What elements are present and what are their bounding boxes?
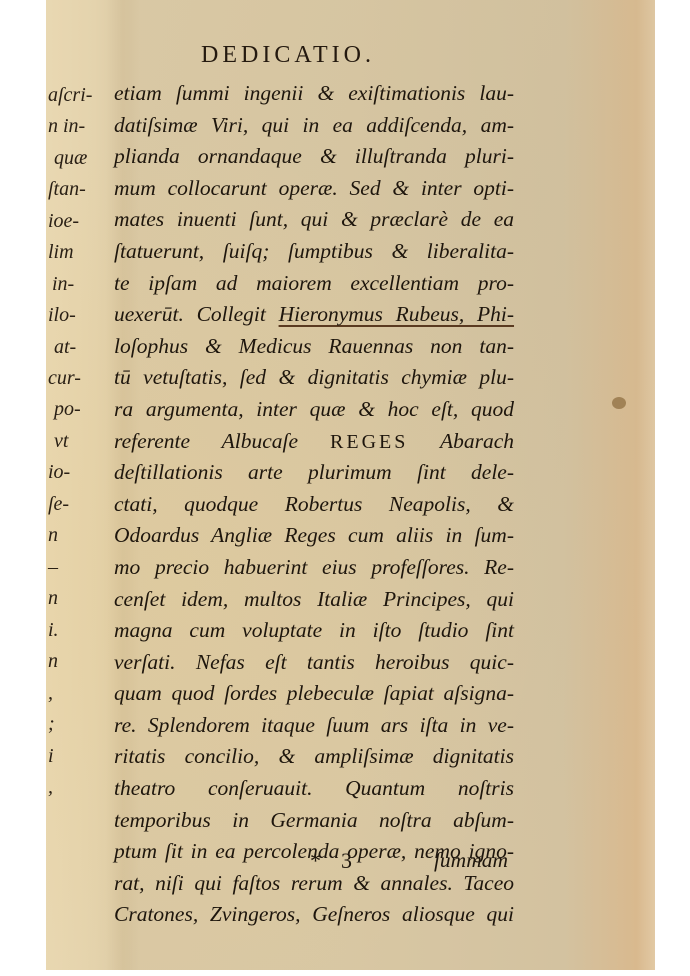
facing-fragment: ; <box>48 713 55 736</box>
page-footer: *3 ſummam <box>114 848 514 880</box>
facing-fragment: n <box>48 650 58 673</box>
body-text: etiam ſummi ingenii & exiſtimationis lau… <box>114 78 514 931</box>
small-caps-word: REGES <box>330 431 408 453</box>
text-line: magna cum voluptate in iſto ſtudio ſint <box>114 615 514 647</box>
facing-fragment: ſtan- <box>48 178 86 201</box>
text-segment: Abarach <box>408 429 514 453</box>
text-line: verſati. Nefas eſt tantis heroibus quic- <box>114 647 514 679</box>
signature-mark: *3 <box>310 848 372 874</box>
text-line: etiam ſummi ingenii & exiſtimationis lau… <box>114 78 514 110</box>
facing-fragment: , <box>48 776 53 799</box>
facing-fragment: n in- <box>48 115 85 138</box>
facing-fragment: – <box>48 556 58 579</box>
facing-fragment: ioe- <box>48 210 79 233</box>
facing-fragment: , <box>48 682 53 705</box>
text-line: re. Splendorem itaque ſuum ars iſta in v… <box>114 710 514 742</box>
text-line: cenſet idem, multos Italiæ Principes, qu… <box>114 584 514 616</box>
facing-fragment: at- <box>54 336 76 359</box>
facing-fragment: quæ <box>54 147 87 170</box>
text-line: plianda ornandaque & illuſtranda pluri- <box>114 141 514 173</box>
facing-fragment: lim <box>48 241 74 264</box>
text-line: temporibus in Germania noſtra abſum- <box>114 805 514 837</box>
text-line: datiſsimæ Viri, qui in ea addiſcenda, am… <box>114 110 514 142</box>
text-line: mum collocarunt operæ. Sed & inter opti- <box>114 173 514 205</box>
text-line: theatro conſeruauit. Quantum noſtris <box>114 773 514 805</box>
facing-fragment: io- <box>48 461 70 484</box>
page-number: 3 <box>341 848 372 873</box>
asterisk-mark: * <box>310 848 341 873</box>
text-segment: referente Albucaſe <box>114 429 330 453</box>
text-line: deſtillationis arte plurimum ſint dele- <box>114 457 514 489</box>
text-line: Cratones, Zvingeros, Geſneros aliosque q… <box>114 899 514 931</box>
text-line: tū vetuſtatis, ſed & dignitatis chymiæ p… <box>114 362 514 394</box>
facing-fragment: in- <box>52 273 74 296</box>
underlined-name: Hieronymus Rubeus, Phi- <box>279 302 514 326</box>
text-line: quam quod ſordes plebeculæ ſapiat aſsign… <box>114 678 514 710</box>
facing-fragment: cur- <box>48 367 81 390</box>
text-line-with-caps: referente Albucaſe REGES Abarach <box>114 426 514 458</box>
facing-fragment: po- <box>54 398 81 421</box>
catchword: ſummam <box>434 848 508 873</box>
text-line: ſtatuerunt, ſuiſq; ſumptibus & liberalit… <box>114 236 514 268</box>
text-line: mo precio habuerint eius profeſſores. Re… <box>114 552 514 584</box>
facing-fragment: aſcri- <box>48 84 92 107</box>
text-line: mates inuenti ſunt, qui & præclarè de ea <box>114 204 514 236</box>
text-segment: uexerūt. Collegit <box>114 302 279 326</box>
text-line: te ipſam ad maiorem excellentiam pro- <box>114 268 514 300</box>
text-line: Odoardus Angliæ Reges cum aliis in ſum- <box>114 520 514 552</box>
text-line: loſophus & Medicus Rauennas non tan- <box>114 331 514 363</box>
facing-fragment: n <box>48 524 58 547</box>
paper-stain <box>612 397 626 409</box>
text-line-underlined: uexerūt. Collegit Hieronymus Rubeus, Phi… <box>114 299 514 331</box>
facing-fragment: ilo- <box>48 304 76 327</box>
facing-page-margin: aſcri- n in- quæ ſtan- ioe- lim in- ilo-… <box>46 0 96 970</box>
facing-fragment: n <box>48 587 58 610</box>
facing-fragment: vt <box>54 430 68 453</box>
text-line: ritatis concilio, & ampliſsimæ dignitati… <box>114 741 514 773</box>
running-head: DEDICATIO. <box>201 42 375 69</box>
text-line: ra argumenta, inter quæ & hoc eſt, quod <box>114 394 514 426</box>
facing-fragment: i <box>48 745 54 768</box>
text-line: ctati, quodque Robertus Neapolis, & <box>114 489 514 521</box>
facing-fragment: i. <box>48 619 59 642</box>
facing-fragment: ſe- <box>48 493 69 516</box>
